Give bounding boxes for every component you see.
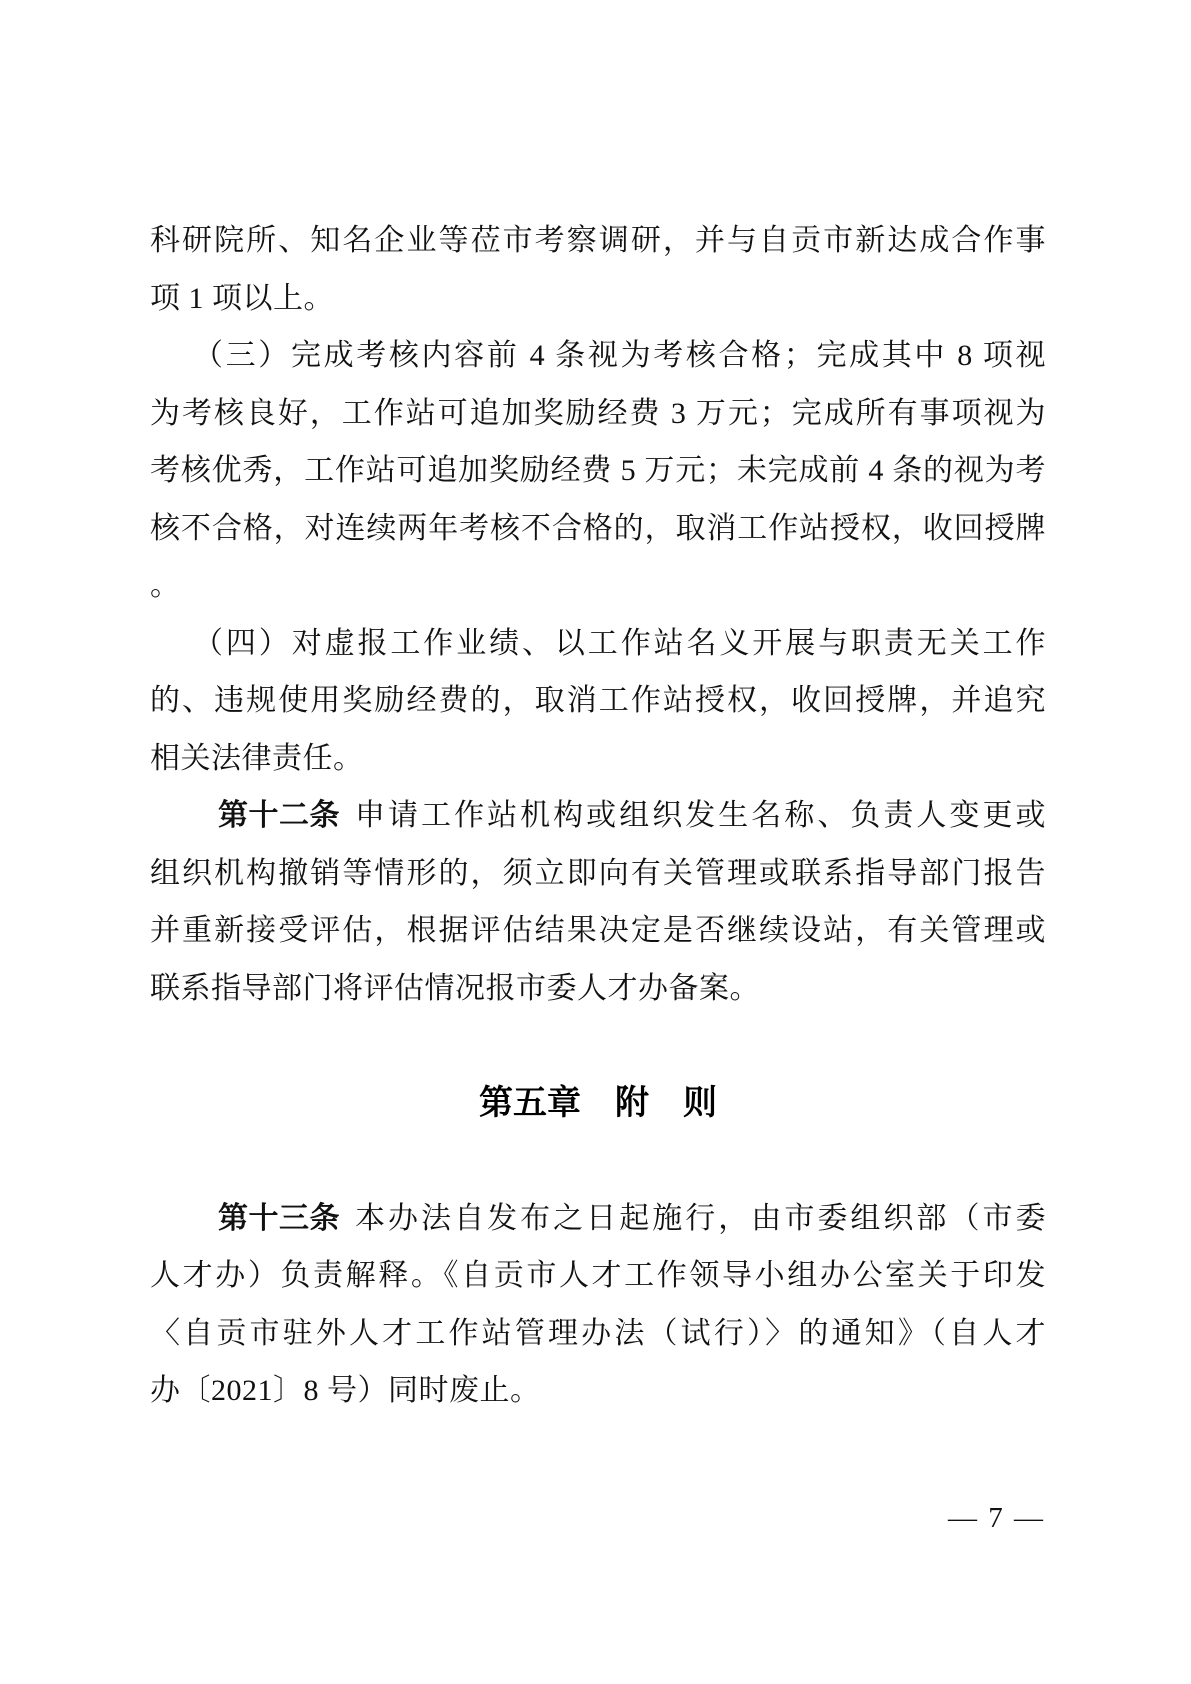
text-line: 核不合格，对连续两年考核不合格的，取消工作站授权，收回授牌	[150, 500, 1046, 558]
text-line: 的、违规使用奖励经费的，取消工作站授权，收回授牌，并追究	[150, 672, 1046, 730]
text-line: 组织机构撤销等情形的，须立即向有关管理或联系指导部门报告	[150, 845, 1046, 903]
paragraph-item-3: （三）完成考核内容前 4 条视为考核合格；完成其中 8 项视 为考核良好，工作站…	[150, 327, 1046, 615]
text-line: 并重新接受评估，根据评估结果决定是否继续设站，有关管理或	[150, 902, 1046, 960]
page-number: — 7 —	[948, 1498, 1045, 1538]
text-line: 办〔2021〕8 号）同时废止。	[150, 1362, 1046, 1420]
paragraph-article-12: 第十二条申请工作站机构或组织发生名称、负责人变更或 组织机构撤销等情形的，须立即…	[150, 787, 1046, 1017]
text-line: 联系指导部门将评估情况报市委人才办备案。	[150, 960, 1046, 1018]
text-line: 项 1 项以上。	[150, 270, 1046, 328]
document-body: 科研院所、知名企业等莅市考察调研，并与自贡市新达成合作事 项 1 项以上。 （三…	[150, 212, 1046, 1420]
text-line: 〈自贡市驻外人才工作站管理办法（试行）〉的通知》（自人才	[150, 1305, 1046, 1363]
text-line: 人才办）负责解释。《自贡市人才工作领导小组办公室关于印发	[150, 1247, 1046, 1305]
text-line: （四）对虚报工作业绩、以工作站名义开展与职责无关工作	[150, 615, 1046, 673]
text-line: 为考核良好，工作站可追加奖励经费 3 万元；完成所有事项视为	[150, 385, 1046, 443]
text-line: 相关法律责任。	[150, 730, 1046, 788]
text-line: 。	[150, 557, 1046, 615]
document-page: 科研院所、知名企业等莅市考察调研，并与自贡市新达成合作事 项 1 项以上。 （三…	[0, 0, 1191, 1684]
text-line: 第十二条申请工作站机构或组织发生名称、负责人变更或	[150, 787, 1046, 845]
article-first-line-text: 本办法自发布之日起施行，由市委组织部（市委	[355, 1190, 1046, 1248]
chapter-heading: 第五章 附 则	[150, 1075, 1046, 1133]
article-number-label: 第十二条	[218, 787, 340, 845]
text-line: （三）完成考核内容前 4 条视为考核合格；完成其中 8 项视	[150, 327, 1046, 385]
text-line: 考核优秀，工作站可追加奖励经费 5 万元；未完成前 4 条的视为考	[150, 442, 1046, 500]
paragraph-article-13: 第十三条本办法自发布之日起施行，由市委组织部（市委 人才办）负责解释。《自贡市人…	[150, 1190, 1046, 1420]
text-line: 科研院所、知名企业等莅市考察调研，并与自贡市新达成合作事	[150, 212, 1046, 270]
article-number-label: 第十三条	[218, 1190, 340, 1248]
text-line: 第十三条本办法自发布之日起施行，由市委组织部（市委	[150, 1190, 1046, 1248]
paragraph-continuation: 科研院所、知名企业等莅市考察调研，并与自贡市新达成合作事 项 1 项以上。	[150, 212, 1046, 327]
article-first-line-text: 申请工作站机构或组织发生名称、负责人变更或	[355, 787, 1046, 845]
paragraph-item-4: （四）对虚报工作业绩、以工作站名义开展与职责无关工作 的、违规使用奖励经费的，取…	[150, 615, 1046, 788]
